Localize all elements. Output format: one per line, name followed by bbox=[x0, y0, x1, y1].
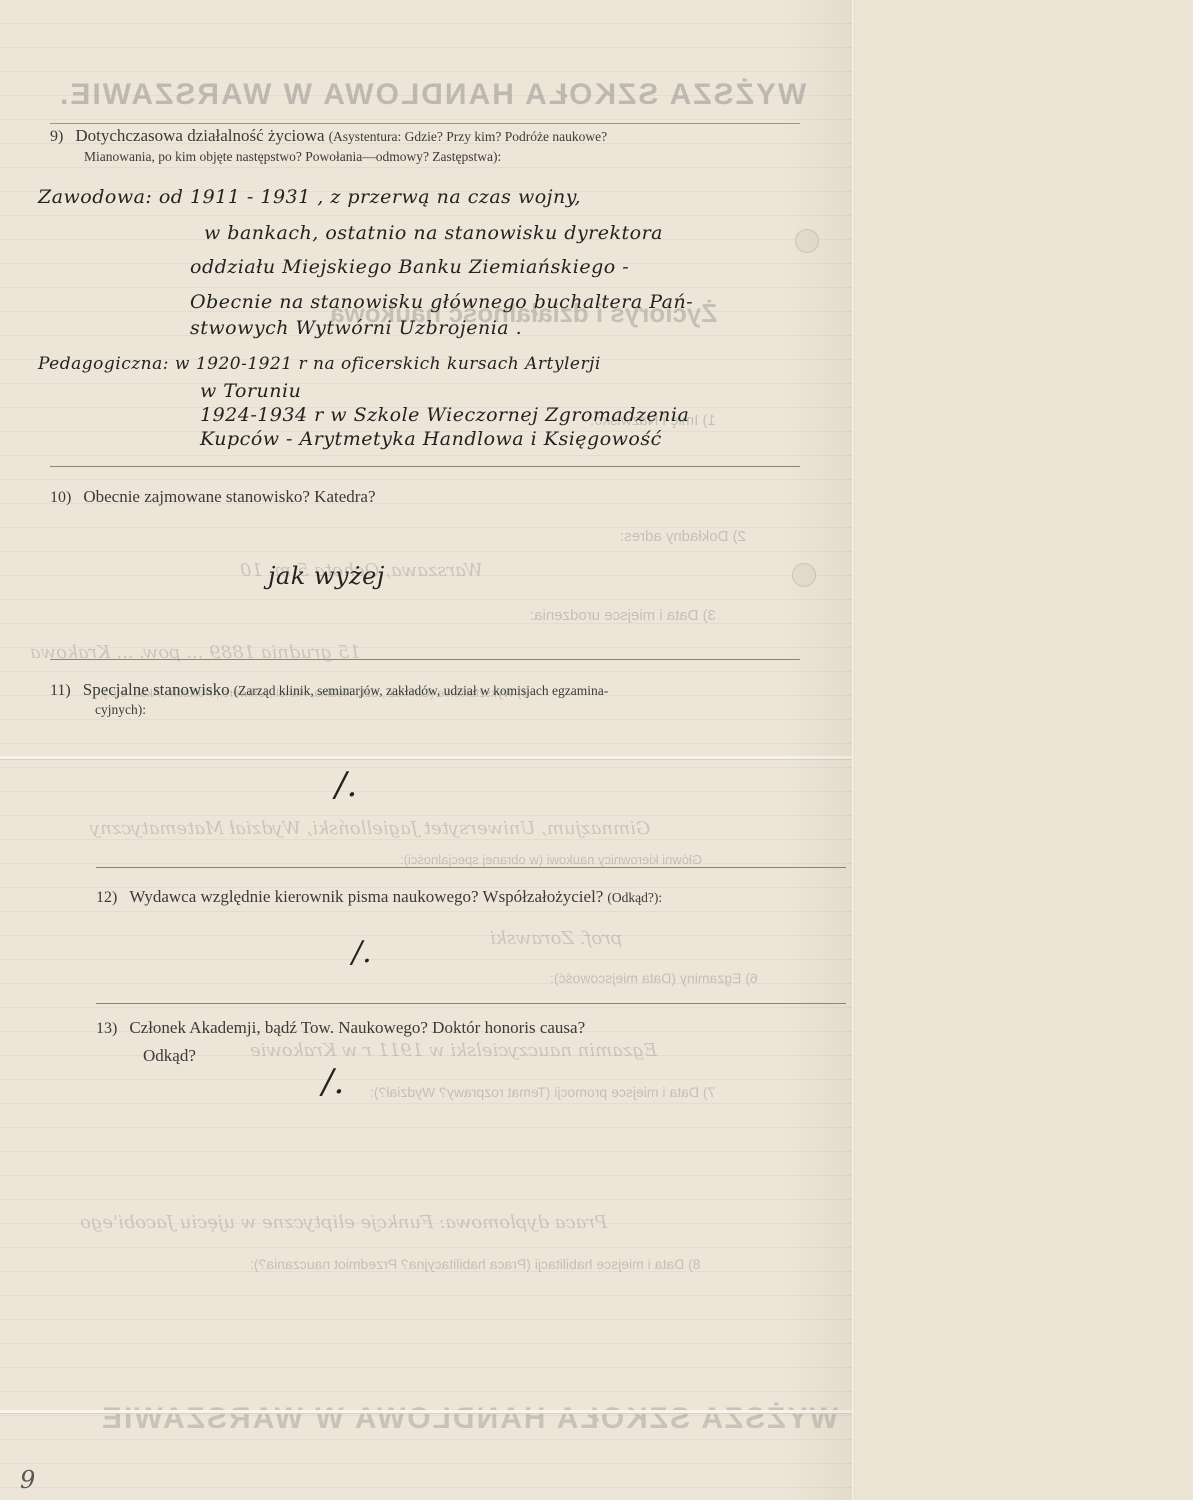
question-title: Członek Akademji, bądź Tow. Naukowego? D… bbox=[129, 1018, 585, 1037]
bleed-q7: 7) Data i miejsce promocji (Temat rozpra… bbox=[370, 1084, 715, 1100]
question-title-line2: Odkąd? bbox=[143, 1046, 196, 1065]
question-hint: (Zarząd klinik, seminarjów, zakładów, ud… bbox=[234, 683, 609, 698]
paper-fold bbox=[0, 756, 852, 760]
question-number: 9) bbox=[50, 127, 63, 147]
bleed-advisors: Główni kierownicy naukowi (w obranej spe… bbox=[400, 852, 702, 867]
bleed-q2: 2) Dokładny adres: bbox=[620, 528, 746, 545]
question-title: Specjalne stanowisko bbox=[83, 680, 230, 699]
question-hint: (Odkąd?): bbox=[607, 890, 662, 905]
punch-hole-icon bbox=[795, 229, 819, 253]
answer-9-line: w bankach, ostatnio na stanowisku dyrekt… bbox=[204, 222, 663, 244]
paper-fold-bottom bbox=[0, 1410, 852, 1414]
answer-9-line: 1924-1934 r w Szkole Wieczornej Zgromadz… bbox=[200, 404, 689, 426]
question-title: Dotychczasowa działalność życiowa bbox=[75, 126, 324, 145]
question-11-hint-line2: cyjnych): bbox=[95, 700, 146, 720]
bleed-q6: 6) Egzaminy (Data miejscowość): bbox=[550, 970, 758, 986]
bleed-exam: Egzamin nauczycielski w 1911 r w Krakowi… bbox=[250, 1040, 657, 1061]
question-9-hint-line2: Mianowania, po kim objęte następstwo? Po… bbox=[84, 147, 501, 167]
answer-9-line: stwowych Wytwórni Uzbrojenia . bbox=[190, 317, 522, 339]
question-13: 13)Członek Akademji, bądź Tow. Naukowego… bbox=[96, 1018, 796, 1039]
question-number: 11) bbox=[50, 681, 71, 701]
question-10: 10)Obecnie zajmowane stanowisko? Katedra… bbox=[50, 487, 376, 508]
punch-hole-icon bbox=[792, 563, 816, 587]
bleed-professor: prof. Zorawski bbox=[490, 928, 622, 949]
question-13-line2: Odkąd? bbox=[143, 1046, 196, 1067]
header-rule bbox=[50, 123, 800, 124]
question-hint: (Asystentura: Gdzie? Przy kim? Podróże n… bbox=[329, 129, 608, 144]
question-12: 12)Wydawca względnie kierownik pisma nau… bbox=[96, 887, 836, 908]
bleed-q3: 3) Data i miejsce urodzenia: bbox=[530, 607, 716, 624]
answer-11: /. bbox=[335, 765, 357, 805]
answer-9-line: Obecnie na stanowisku głównego buchalter… bbox=[190, 291, 693, 313]
bleed-thesis: Praca dyplomowa: Funkcje eliptyczne w uj… bbox=[80, 1212, 607, 1233]
bleed-education: Gimnazjum, Uniwersytet Jagielloński, Wyd… bbox=[90, 818, 650, 839]
section-rule bbox=[50, 659, 800, 660]
answer-9-line: oddziału Miejskiego Banku Ziemiańskiego … bbox=[190, 256, 629, 278]
question-number: 10) bbox=[50, 488, 71, 508]
question-11: 11)Specjalne stanowisko (Zarząd klinik, … bbox=[50, 680, 810, 701]
question-number: 13) bbox=[96, 1019, 117, 1039]
answer-9-line: Zawodowa: od 1911 - 1931 , z przerwą na … bbox=[38, 186, 581, 208]
bleed-q8: 8) Data i miejsce habilitacji (Praca hab… bbox=[250, 1256, 701, 1272]
answer-9-line: Kupców - Arytmetyka Handlowa i Księgowoś… bbox=[200, 428, 662, 450]
section-rule bbox=[96, 1003, 846, 1004]
question-number: 12) bbox=[96, 888, 117, 908]
answer-13: /. bbox=[322, 1062, 344, 1102]
question-9: 9)Dotychczasowa działalność życiowa (Asy… bbox=[50, 126, 810, 147]
answer-10: jak wyżej bbox=[268, 562, 385, 590]
answer-12: /. bbox=[352, 935, 372, 970]
page-corner-mark: 9 bbox=[20, 1466, 35, 1494]
section-rule bbox=[50, 466, 800, 467]
question-title: Wydawca względnie kierownik pisma naukow… bbox=[129, 887, 603, 906]
document-page: WYŻSZA SZKOŁA HANDLOWA W WARSZAWIE. Życi… bbox=[0, 0, 853, 1500]
header-bleed-through: WYŻSZA SZKOŁA HANDLOWA W WARSZAWIE. bbox=[58, 78, 806, 112]
answer-9-line: Pedagogiczna: w 1920-1921 r na oficerski… bbox=[38, 354, 601, 374]
question-title: Obecnie zajmowane stanowisko? Katedra? bbox=[83, 487, 375, 506]
footer-bleed-through: WYŻSZA SZKOŁA HANDLOWA W WARSZAWIE bbox=[100, 1402, 838, 1436]
answer-9-line: w Toruniu bbox=[200, 380, 301, 402]
section-rule bbox=[96, 867, 846, 868]
